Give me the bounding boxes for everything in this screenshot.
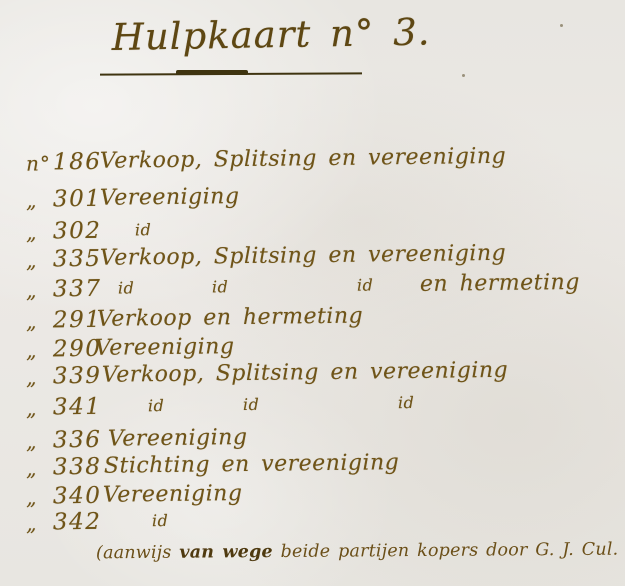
ditto-id-mark: id xyxy=(398,393,415,412)
entry-description: Vereeniging xyxy=(100,184,240,211)
paper-speck xyxy=(560,24,563,27)
scanned-document-page: Hulpkaart n° 3. n° 186 Verkoop, Splitsin… xyxy=(0,0,625,586)
page-title: Hulpkaart n° 3. xyxy=(111,10,431,59)
paper-speck xyxy=(462,74,465,77)
entry-prefix: „ xyxy=(26,366,38,390)
entry-number: 342 xyxy=(53,509,102,536)
entry-row-186: n° 186 Verkoop, Splitsing en vereeniging xyxy=(0,142,625,180)
entry-number: 335 xyxy=(53,246,102,273)
footnote-rest: beide partijen kopers door G. J. Cul. Ca… xyxy=(273,539,625,562)
entry-prefix: „ xyxy=(26,339,38,363)
entry-row-341: „ 341 id id id xyxy=(0,387,625,425)
entry-number: 301 xyxy=(53,186,102,213)
entry-number: 341 xyxy=(53,394,102,421)
entry-number: 340 xyxy=(53,483,102,510)
entry-prefix: „ xyxy=(26,279,38,303)
entry-description: Vereeniging xyxy=(95,334,235,361)
footnote: (aanwijs van wege beide partijen kopers … xyxy=(96,539,625,564)
footnote-open: (aanwijs xyxy=(96,543,179,564)
entry-prefix: „ xyxy=(26,397,38,421)
entry-number: 291 xyxy=(53,307,102,334)
entry-prefix: „ xyxy=(26,486,38,510)
ditto-id-mark: id xyxy=(135,220,152,239)
entry-prefix: n° xyxy=(26,151,51,175)
entry-number: 337 xyxy=(53,276,102,303)
entry-description: Verkoop, Splitsing en vereeniging xyxy=(100,241,506,271)
ditto-id-mark: id xyxy=(243,395,260,414)
entry-prefix: „ xyxy=(26,310,38,334)
entry-row-301: „ 301 Vereeniging xyxy=(0,179,625,217)
entry-description: Verkoop, Splitsing en vereeniging xyxy=(102,358,508,388)
ditto-id-mark: id xyxy=(118,278,135,297)
entry-row-342: „ 342 id xyxy=(0,502,625,540)
entry-description: Stichting en vereeniging xyxy=(104,450,400,479)
entry-prefix: „ xyxy=(26,457,38,481)
ditto-id-mark: id xyxy=(357,275,374,294)
entry-number: 302 xyxy=(53,218,102,245)
entry-prefix: „ xyxy=(26,430,38,454)
entry-prefix: „ xyxy=(26,512,38,536)
entry-description: Vereeniging xyxy=(108,425,248,452)
entry-number: 336 xyxy=(53,427,102,454)
entry-prefix: „ xyxy=(26,221,38,245)
ditto-id-mark: id xyxy=(212,277,229,296)
entry-number: 339 xyxy=(53,363,102,390)
entry-description: Verkoop, Splitsing en vereeniging xyxy=(100,144,506,174)
entry-prefix: „ xyxy=(26,189,38,213)
entry-description-suffix: en hermeting xyxy=(420,270,580,297)
title-underline-accent xyxy=(176,70,248,75)
ditto-id-mark: id xyxy=(148,396,165,415)
entry-prefix: „ xyxy=(26,249,38,273)
ditto-id-mark: id xyxy=(152,511,169,530)
entry-number: 186 xyxy=(53,149,102,176)
footnote-emphasis: van wege xyxy=(179,542,273,563)
entry-number: 338 xyxy=(53,454,102,481)
entry-description: Verkoop en hermeting xyxy=(97,304,363,332)
entry-description: Vereeniging xyxy=(103,481,243,508)
